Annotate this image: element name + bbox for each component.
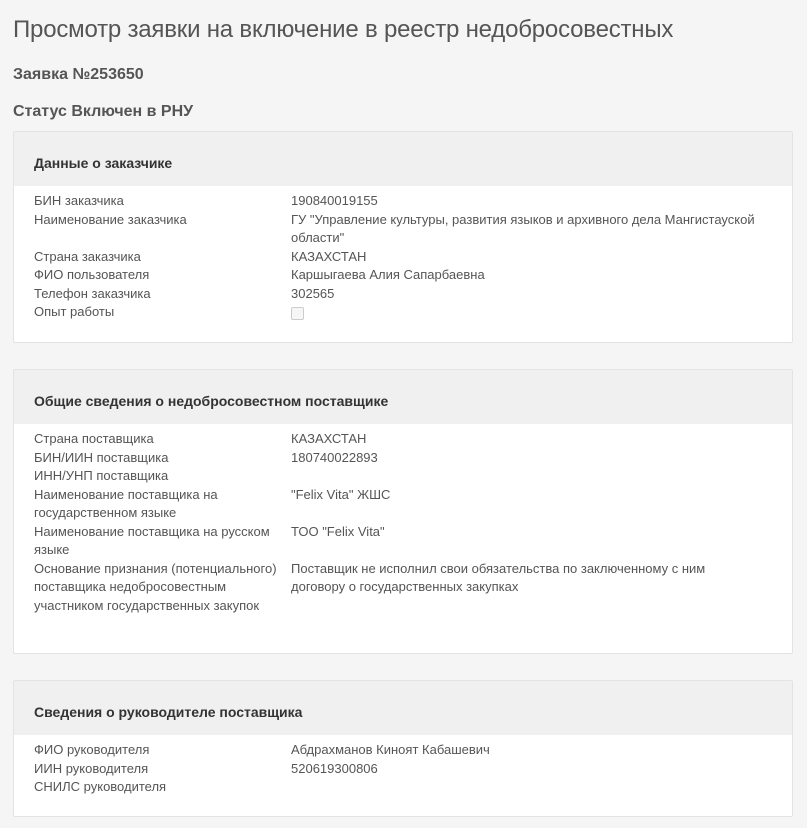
customer-panel: Данные о заказчике БИН заказчика 1908400… [13,131,793,343]
field-row: ИИН руководителя 520619300806 [34,760,772,779]
director-panel-body: ФИО руководителя Абдрахманов Киноят Каба… [14,735,792,813]
field-value: 180740022893 [291,449,772,468]
supplier-panel-body: Страна поставщика КАЗАХСТАН БИН/ИИН пост… [14,424,792,631]
field-label: Наименование поставщика на русском языке [34,523,291,560]
application-number: Заявка №253650 [13,66,144,84]
field-label: Телефон заказчика [34,285,291,304]
field-row: Основание признания (потенциального) пос… [34,560,772,616]
field-label: Наименование заказчика [34,211,291,248]
field-row: Телефон заказчика 302565 [34,285,772,304]
field-value: КАЗАХСТАН [291,430,772,449]
field-row: Опыт работы [34,303,772,326]
customer-panel-body: БИН заказчика 190840019155 Наименование … [14,186,792,342]
field-value [291,467,772,486]
field-label: Наименование поставщика на государственн… [34,486,291,523]
field-value: 302565 [291,285,772,304]
field-value: Каршыгаева Алия Сапарбаевна [291,266,772,285]
experience-label: Опыт работы [34,303,291,326]
field-value: 190840019155 [291,192,772,211]
customer-panel-title: Данные о заказчике [14,132,792,186]
field-label: ИНН/УНП поставщика [34,467,291,486]
supplier-panel-title: Общие сведения о недобросовестном постав… [14,370,792,424]
field-value [291,778,772,797]
field-value: 520619300806 [291,760,772,779]
director-panel-title: Сведения о руководителе поставщика [14,681,792,735]
field-label: ФИО руководителя [34,741,291,760]
field-row: ФИО пользователя Каршыгаева Алия Сапарба… [34,266,772,285]
field-label: БИН заказчика [34,192,291,211]
field-label: Страна заказчика [34,248,291,267]
application-status: Статус Включен в РНУ [13,103,193,121]
field-value: ГУ "Управление культуры, развития языков… [291,211,772,248]
director-panel: Сведения о руководителе поставщика ФИО р… [13,680,793,817]
field-row: Наименование поставщика на русском языке… [34,523,772,560]
page-title: Просмотр заявки на включение в реестр не… [13,16,673,44]
field-row: БИН/ИИН поставщика 180740022893 [34,449,772,468]
field-label: ФИО пользователя [34,266,291,285]
field-row: Наименование поставщика на государственн… [34,486,772,523]
field-value: ТОО "Felix Vita" [291,523,772,560]
field-value: КАЗАХСТАН [291,248,772,267]
field-label: Страна поставщика [34,430,291,449]
field-label: Основание признания (потенциального) пос… [34,560,291,616]
field-label: СНИЛС руководителя [34,778,291,797]
experience-checkbox[interactable] [291,307,304,320]
field-value: Поставщик не исполнил свои обязательства… [291,560,772,616]
field-value: "Felix Vita" ЖШС [291,486,772,523]
field-row: ИНН/УНП поставщика [34,467,772,486]
field-row: Наименование заказчика ГУ "Управление ку… [34,211,772,248]
field-label: ИИН руководителя [34,760,291,779]
field-row: БИН заказчика 190840019155 [34,192,772,211]
field-row: ФИО руководителя Абдрахманов Киноят Каба… [34,741,772,760]
field-row: СНИЛС руководителя [34,778,772,797]
field-label: БИН/ИИН поставщика [34,449,291,468]
supplier-panel: Общие сведения о недобросовестном постав… [13,369,793,654]
field-value: Абдрахманов Киноят Кабашевич [291,741,772,760]
field-row: Страна поставщика КАЗАХСТАН [34,430,772,449]
field-row: Страна заказчика КАЗАХСТАН [34,248,772,267]
